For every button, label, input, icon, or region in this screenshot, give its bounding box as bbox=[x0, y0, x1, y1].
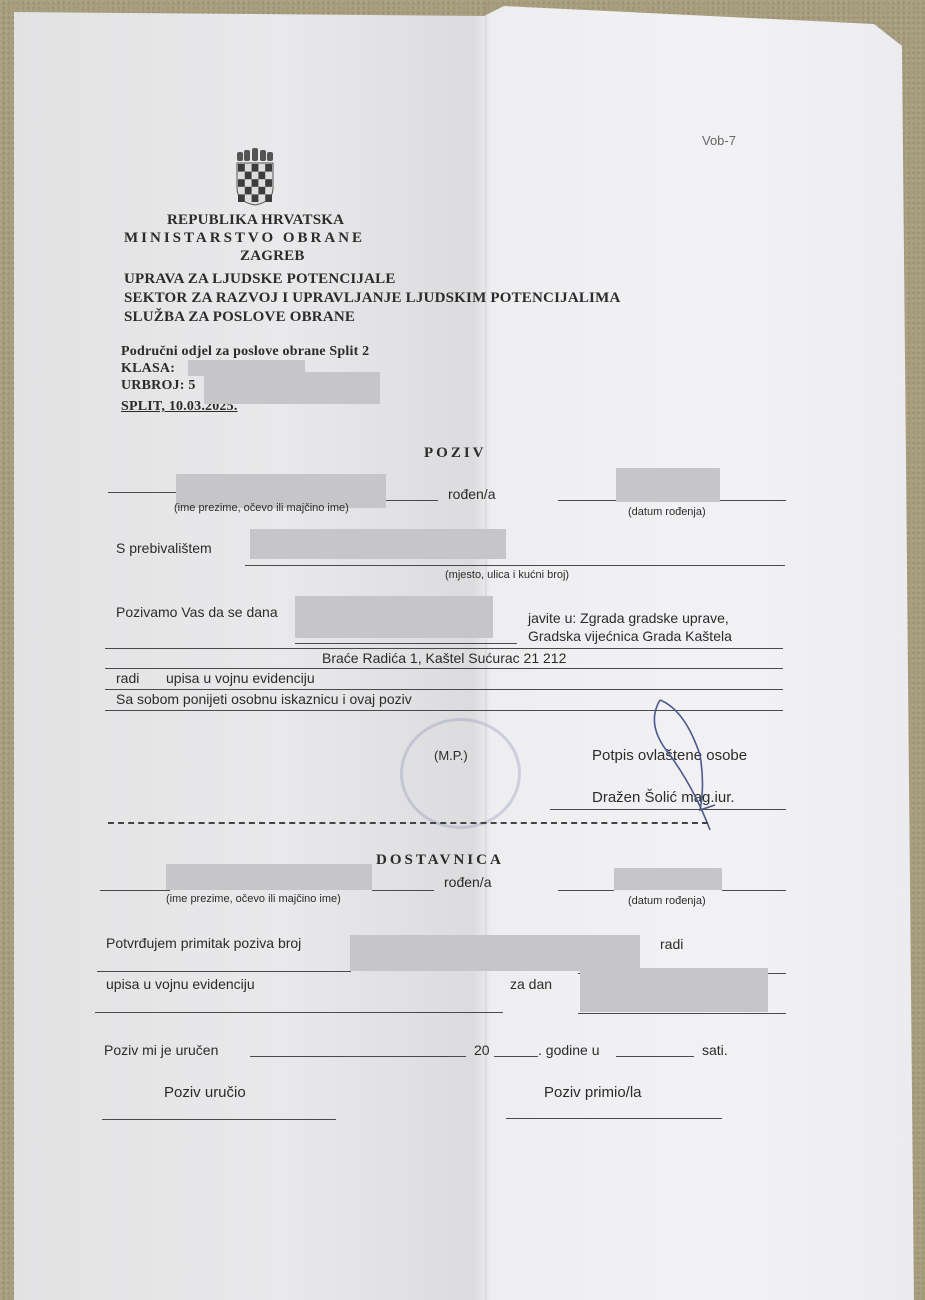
bring-note: Sa sobom ponijeti osobnu iskaznicu i ova… bbox=[116, 691, 412, 707]
form-code: Vob-7 bbox=[702, 133, 736, 148]
reason-label: radi bbox=[116, 670, 139, 686]
address: Braće Radića 1, Kaštel Sućurac 21 212 bbox=[322, 650, 566, 666]
redacted-dob-2 bbox=[614, 868, 722, 890]
residence-label: S prebivalištem bbox=[116, 540, 212, 556]
poziv-name-caption: (ime prezime, očevo ili majčino ime) bbox=[174, 502, 349, 514]
report-to-line1: javite u: Zgrada gradske uprave, bbox=[528, 610, 729, 626]
header-ministry: MINISTARSTVO OBRANE bbox=[124, 230, 365, 247]
klasa-label: KLASA: bbox=[121, 361, 175, 377]
hours-field[interactable] bbox=[616, 1056, 694, 1057]
header-republic: REPUBLIKA HRVATSKA bbox=[167, 212, 344, 229]
delivered-by-signature-field[interactable] bbox=[102, 1119, 336, 1120]
dostavnica-reason-value: upisa u vojnu evidenciju bbox=[106, 976, 255, 992]
redacted-day bbox=[580, 968, 768, 1012]
dostavnica-name-caption: (ime prezime, očevo ili majčino ime) bbox=[166, 893, 341, 905]
poziv-dob-caption: (datum rođenja) bbox=[628, 506, 706, 518]
redacted-dob bbox=[616, 468, 720, 502]
header-city: ZAGREB bbox=[240, 248, 305, 265]
for-day-label: za dan bbox=[510, 976, 552, 992]
redacted-date bbox=[295, 596, 493, 638]
poziv-born-label: rođen/a bbox=[448, 486, 495, 502]
year-suffix: . godine u bbox=[538, 1042, 600, 1058]
stamp-label: (M.P.) bbox=[434, 748, 468, 763]
dostavnica-born-label: rođen/a bbox=[444, 874, 491, 890]
official-stamp bbox=[400, 718, 521, 829]
redacted-invite-number bbox=[350, 935, 640, 971]
confirm-label: Potvrđujem primitak poziva broj bbox=[106, 935, 301, 951]
delivered-by-label: Poziv uručio bbox=[164, 1084, 246, 1101]
delivered-label: Poziv mi je uručen bbox=[104, 1042, 218, 1058]
year-field[interactable] bbox=[494, 1056, 538, 1057]
dostavnica-dob-caption: (datum rođenja) bbox=[628, 895, 706, 907]
year-prefix: 20 bbox=[474, 1042, 490, 1058]
delivered-date-field[interactable] bbox=[250, 1056, 466, 1057]
urbroj-label: URBROJ: 5 bbox=[121, 378, 196, 394]
handwritten-signature bbox=[640, 695, 730, 835]
redacted-residence bbox=[250, 529, 506, 559]
header-sector: SEKTOR ZA RAZVOJ I UPRAVLJANJE LJUDSKIM … bbox=[124, 290, 620, 307]
received-by-label: Poziv primio/la bbox=[544, 1084, 642, 1101]
header-service: SLUŽBA ZA POSLOVE OBRANE bbox=[124, 309, 355, 326]
redacted-urbroj bbox=[204, 372, 380, 404]
cut-line bbox=[108, 822, 708, 824]
hours-label: sati. bbox=[702, 1042, 728, 1058]
dostavnica-reason-label: radi bbox=[660, 936, 683, 952]
invite-label: Pozivamo Vas da se dana bbox=[116, 604, 278, 620]
dostavnica-title: DOSTAVNICA bbox=[376, 852, 504, 869]
croatian-coat-of-arms-icon bbox=[235, 148, 275, 206]
reason-value: upisa u vojnu evidenciju bbox=[166, 670, 315, 686]
header-directorate: UPRAVA ZA LJUDSKE POTENCIJALE bbox=[124, 271, 396, 288]
poziv-title: POZIV bbox=[424, 445, 487, 462]
redacted-name-2 bbox=[166, 864, 372, 890]
office-name: Područni odjel za poslove obrane Split 2 bbox=[121, 344, 369, 360]
received-by-signature-field[interactable] bbox=[506, 1118, 722, 1119]
report-to-line2: Gradska vijećnica Grada Kaštela bbox=[528, 628, 732, 644]
residence-caption: (mjesto, ulica i kućni broj) bbox=[445, 569, 569, 581]
